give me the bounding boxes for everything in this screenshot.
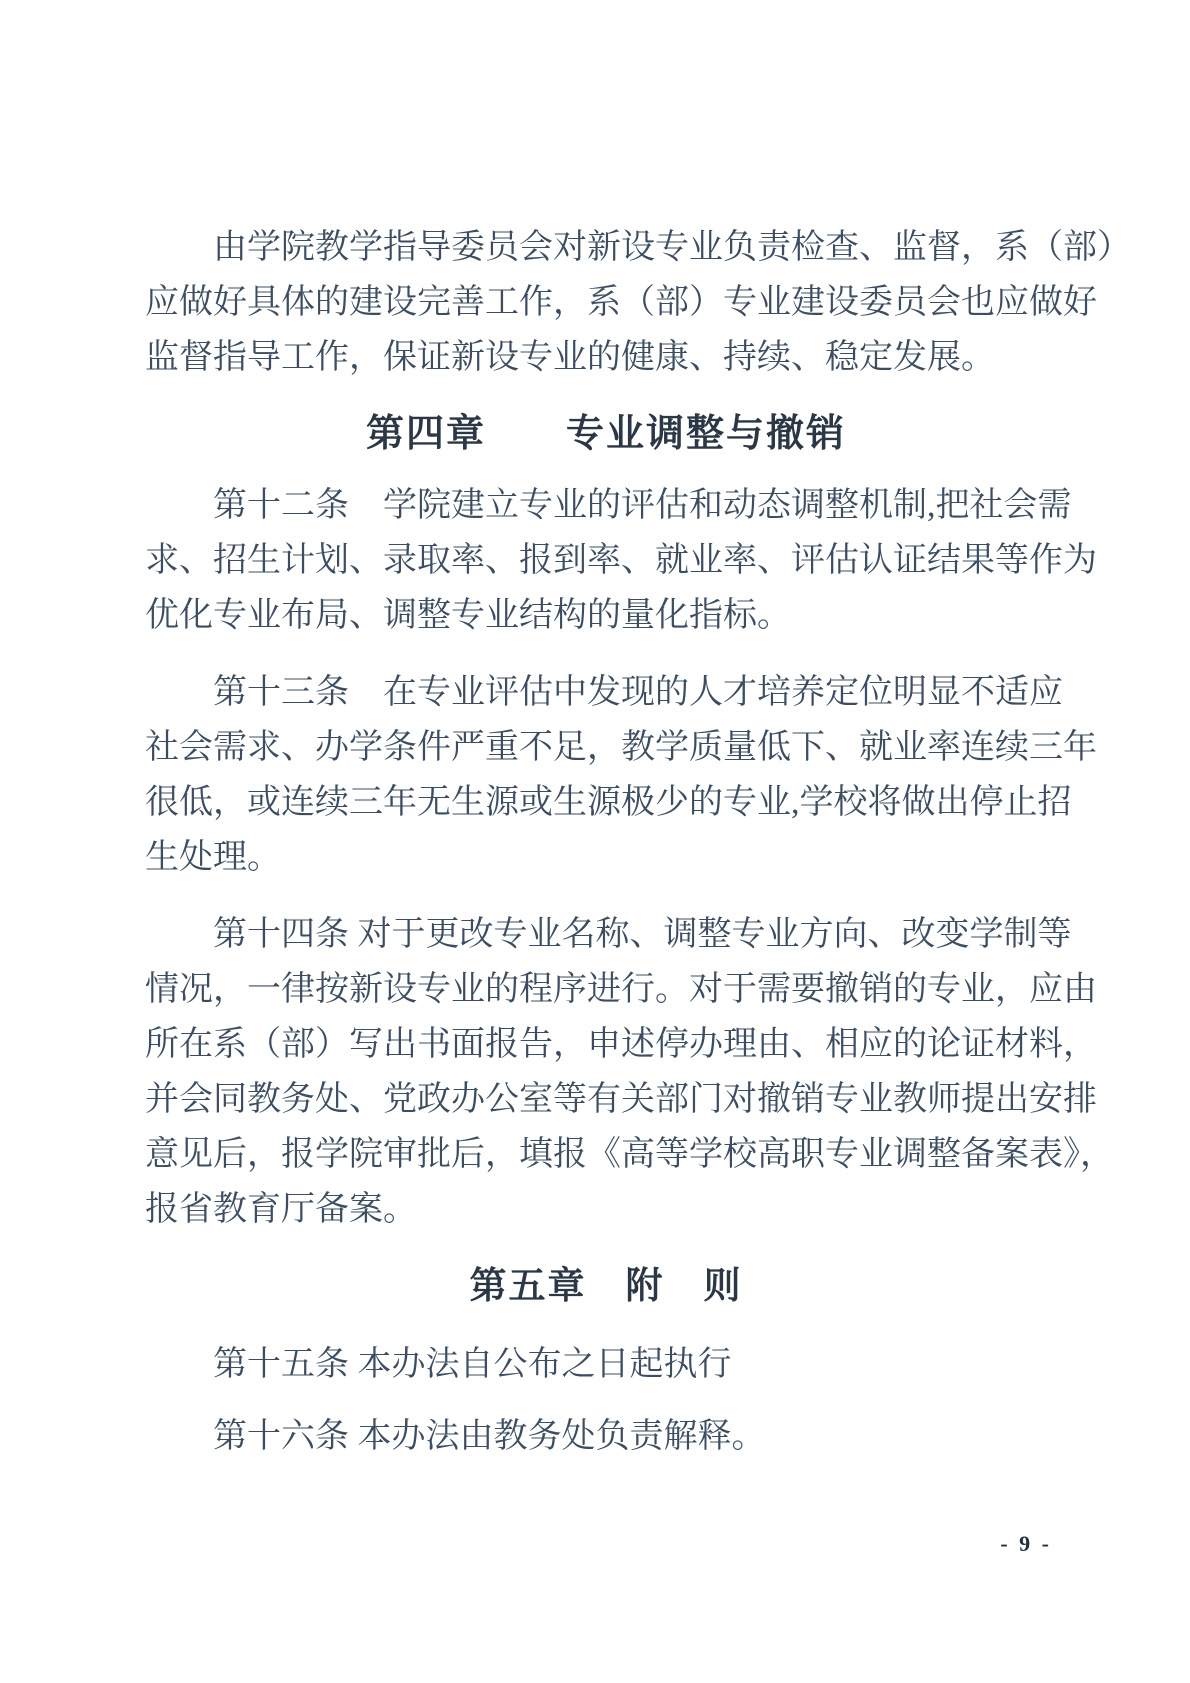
- paragraph-line: 情况，一律按新设专业的程序进行。对于需要撤销的专业，应由: [145, 962, 1067, 1017]
- paragraph-line: 社会需求、办学条件严重不足，教学质量低下、就业率连续三年: [145, 720, 1067, 775]
- paragraph-article-14: 第十四条 对于更改专业名称、调整专业方向、改变学制等 情况，一律按新设专业的程序…: [145, 907, 1067, 1237]
- paragraph-line: 报省教育厅备案。: [145, 1182, 1067, 1237]
- paragraph-line: 生处理。: [145, 830, 1067, 885]
- paragraph-line: 第十五条 本办法自公布之日起执行: [145, 1337, 1067, 1392]
- page-number: - 9 -: [1000, 1530, 1052, 1558]
- paragraph-line: 第十六条 本办法由教务处负责解释。: [145, 1409, 1067, 1464]
- paragraph-intro: 由学院教学指导委员会对新设专业负责检查、监督，系（部） 应做好具体的建设完善工作…: [145, 220, 1067, 385]
- paragraph-line: 很低，或连续三年无生源或生源极少的专业,学校将做出停止招: [145, 775, 1067, 830]
- chapter-5-heading: 第五章 附 则: [145, 1259, 1067, 1314]
- paragraph-article-15: 第十五条 本办法自公布之日起执行: [145, 1337, 1067, 1392]
- chapter-4-heading: 第四章 专业调整与撤销: [145, 407, 1067, 462]
- paragraph-line: 第十三条 在专业评估中发现的人才培养定位明显不适应: [145, 665, 1067, 720]
- paragraph-line: 所在系（部）写出书面报告，申述停办理由、相应的论证材料，: [145, 1017, 1067, 1072]
- document-content: 由学院教学指导委员会对新设专业负责检查、监督，系（部） 应做好具体的建设完善工作…: [145, 220, 1067, 1486]
- paragraph-article-13: 第十三条 在专业评估中发现的人才培养定位明显不适应 社会需求、办学条件严重不足，…: [145, 665, 1067, 885]
- paragraph-line: 监督指导工作，保证新设专业的健康、持续、稳定发展。: [145, 330, 1067, 385]
- paragraph-line: 第十四条 对于更改专业名称、调整专业方向、改变学制等: [145, 907, 1067, 962]
- paragraph-line: 优化专业布局、调整专业结构的量化指标。: [145, 588, 1067, 643]
- paragraph-line: 由学院教学指导委员会对新设专业负责检查、监督，系（部）: [145, 220, 1067, 275]
- paragraph-line: 意见后，报学院审批后，填报《高等学校高职专业调整备案表》，: [145, 1127, 1067, 1182]
- document-page: 由学院教学指导委员会对新设专业负责检查、监督，系（部） 应做好具体的建设完善工作…: [0, 0, 1190, 1683]
- paragraph-line: 并会同教务处、党政办公室等有关部门对撤销专业教师提出安排: [145, 1072, 1067, 1127]
- paragraph-line: 第十二条 学院建立专业的评估和动态调整机制,把社会需: [145, 478, 1067, 533]
- paragraph-article-16: 第十六条 本办法由教务处负责解释。: [145, 1409, 1067, 1464]
- paragraph-line: 应做好具体的建设完善工作，系（部）专业建设委员会也应做好: [145, 275, 1067, 330]
- paragraph-line: 求、招生计划、录取率、报到率、就业率、评估认证结果等作为: [145, 533, 1067, 588]
- paragraph-article-12: 第十二条 学院建立专业的评估和动态调整机制,把社会需 求、招生计划、录取率、报到…: [145, 478, 1067, 643]
